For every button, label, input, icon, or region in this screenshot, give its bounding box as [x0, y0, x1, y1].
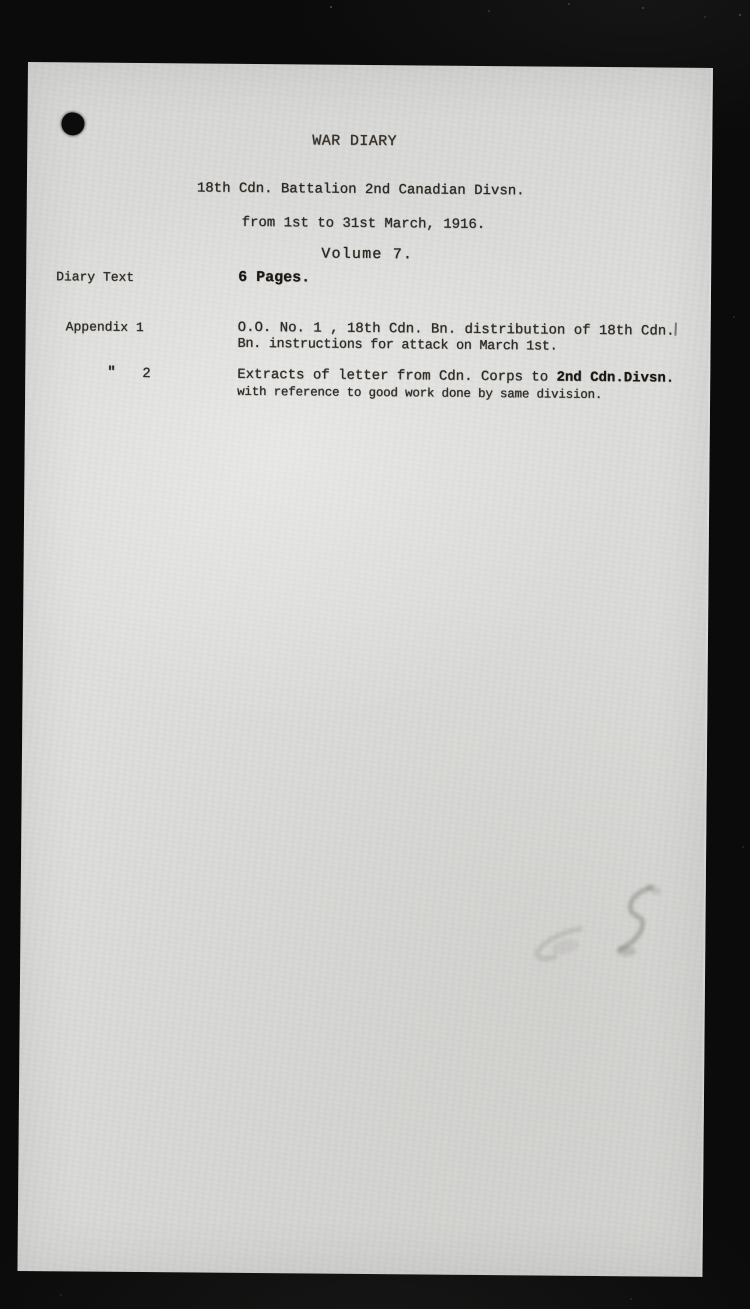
appendix-1-label: Appendix 1	[66, 320, 144, 336]
punch-hole	[61, 112, 84, 135]
dust-specks	[330, 6, 332, 8]
stray-ink-mark	[674, 323, 677, 336]
diary-text-label: Diary Text	[56, 270, 134, 286]
unit-line: 18th Cdn. Battalion 2nd Canadian Divsn.	[197, 180, 525, 199]
date-range-line: from 1st to 31st March, 1916.	[242, 215, 486, 233]
scanner-background: WAR DIARY 18th Cdn. Battalion 2nd Canadi…	[0, 0, 750, 1309]
pages-suffix: Pages.	[247, 269, 310, 287]
diary-pages-value: 6 Pages.	[238, 269, 310, 287]
appendix-2-line1-emphasis: 2nd Cdn.Divsn.	[556, 370, 674, 387]
page-title: WAR DIARY	[312, 132, 397, 150]
volume-line: Volume 7.	[321, 246, 413, 264]
appendix-2-ditto-mark: "	[107, 365, 116, 381]
pages-count: 6	[238, 269, 247, 286]
appendix-2-line2: with reference to good work done by same…	[237, 385, 602, 403]
pencil-smudge-faint	[525, 914, 590, 970]
document-page: WAR DIARY 18th Cdn. Battalion 2nd Canadi…	[17, 62, 713, 1277]
appendix-2-number: 2	[142, 366, 151, 382]
appendix-1-line2: Bn. instructions for attack on March 1st…	[237, 337, 557, 355]
appendix-2-line1: Extracts of letter from Cdn. Corps to 2n…	[237, 367, 674, 387]
pencil-smudge	[598, 879, 669, 970]
appendix-2-line1-text: Extracts of letter from Cdn. Corps to	[237, 367, 556, 386]
